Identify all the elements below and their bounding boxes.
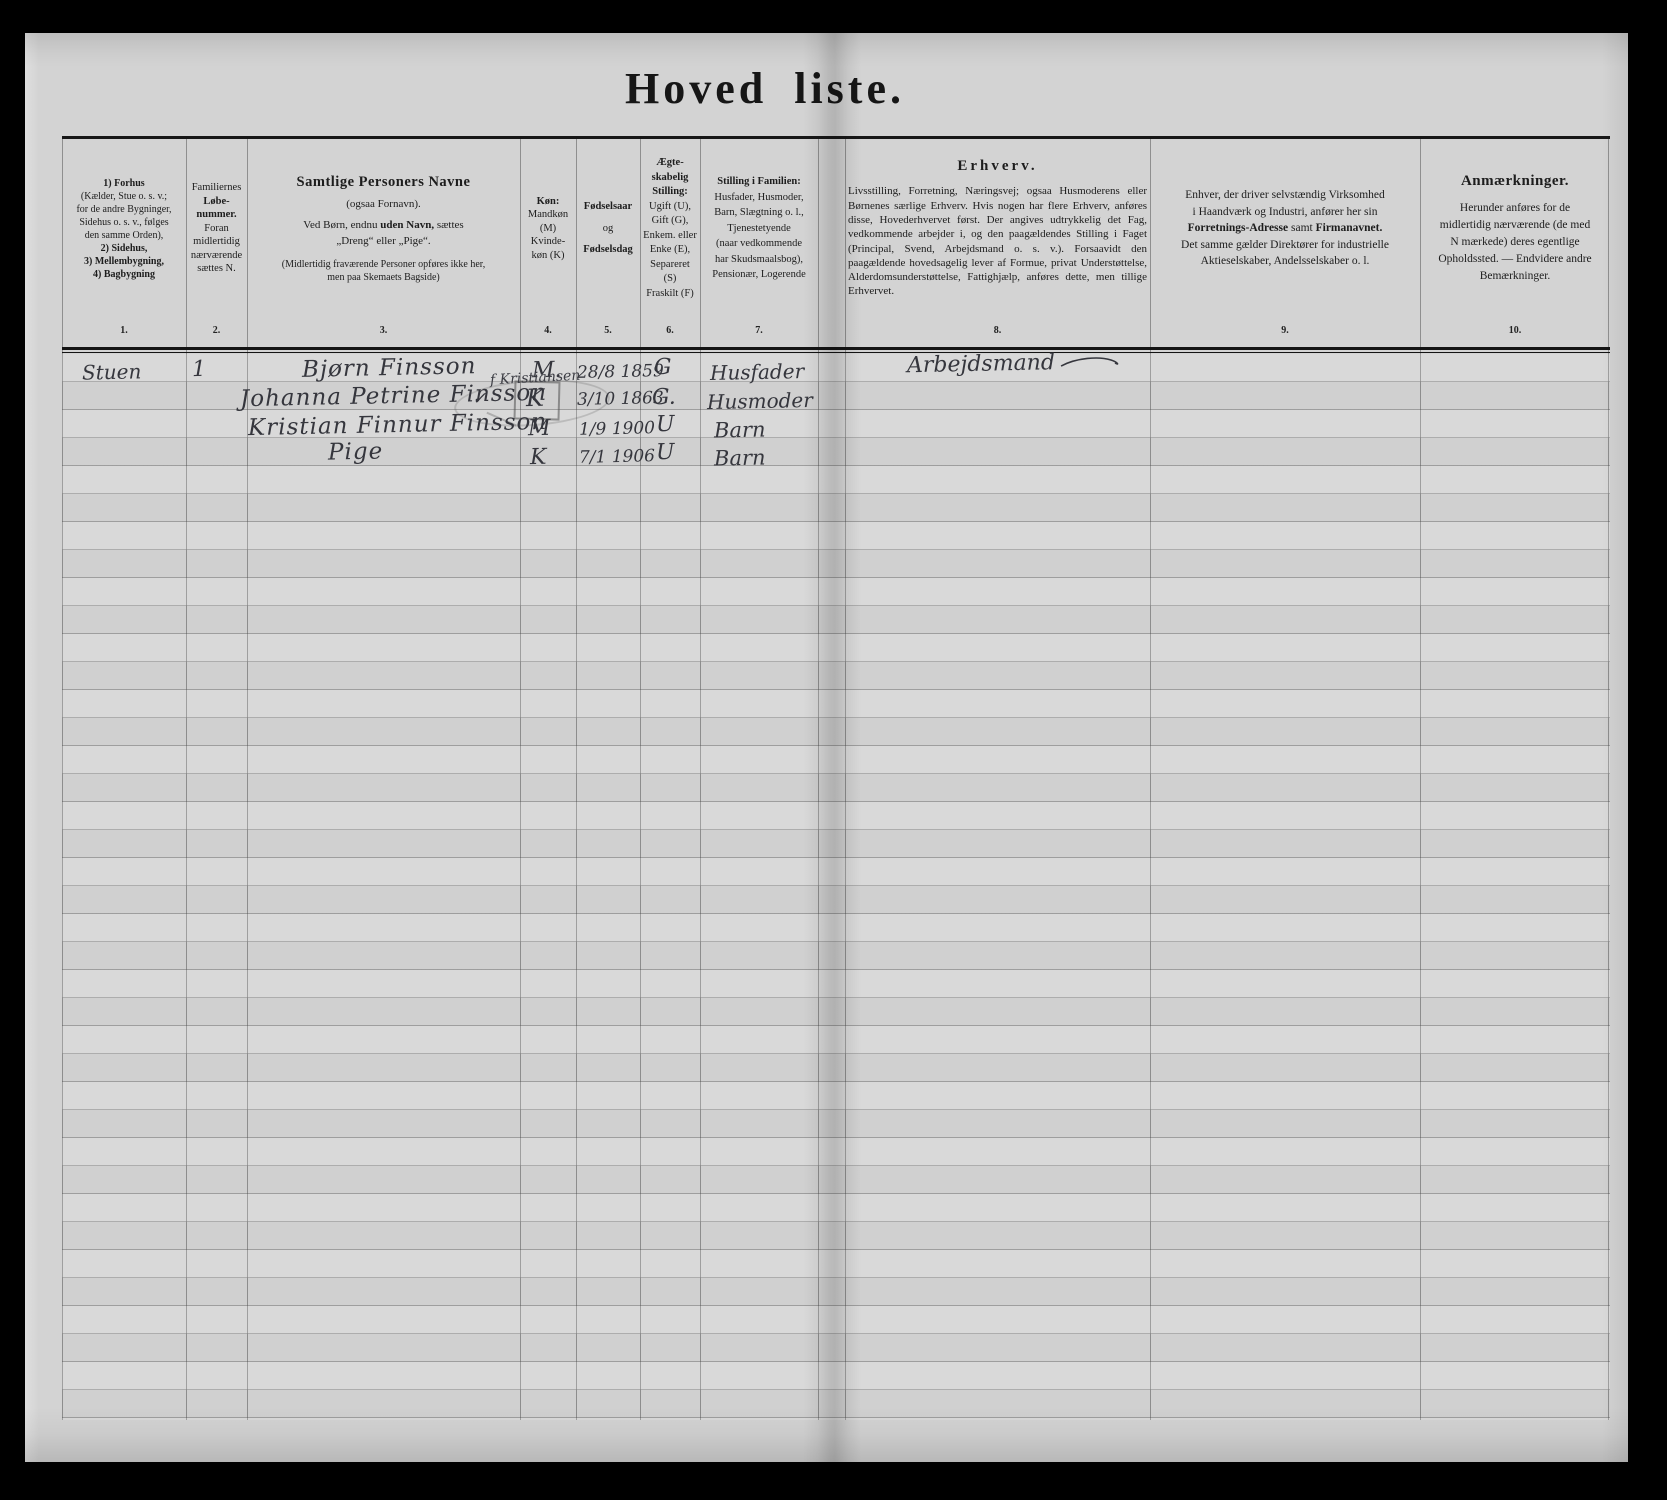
header-erhverv: Erhverv. Livsstilling, Forretning, Nærin… <box>845 139 1150 318</box>
census-table: 1) Forhus (Kælder, Stue o. s. v.; for de… <box>62 136 1610 1420</box>
column-number: 9. <box>1150 318 1420 347</box>
column-number-row: 1. 2. 3. 4. 5. 6. 7. 8. 9. 10. <box>62 318 1610 347</box>
header-aegteskabelig-stilling: Ægte- skabelig Stilling: Ugift (U), Gift… <box>640 139 700 318</box>
column-number: 10. <box>1420 318 1610 347</box>
column-number: 8. <box>845 318 1150 347</box>
header-koen: Køn: Mandkøn (M) Kvinde- køn (K) <box>520 139 576 318</box>
page-title: Hoved liste. <box>365 67 1165 111</box>
header-anmaerkninger: Anmærkninger. Herunder anføres for de mi… <box>1420 139 1610 318</box>
column-number: 5. <box>576 318 640 347</box>
header-forretnings-adresse: Enhver, der driver selvstændig Virksomhe… <box>1150 139 1420 318</box>
column-number: 4. <box>520 318 576 347</box>
census-form-page: Hoved liste. 1) Forhus (Kælder, Stue o. … <box>25 33 1628 1462</box>
column-number: 3. <box>247 318 520 347</box>
column-number: 1. <box>62 318 186 347</box>
header-foedselsaar: Fødselsaar og Fødselsdag <box>576 139 640 318</box>
column-number: 7. <box>700 318 818 347</box>
header-loebenummer: Familiernes Løbe- nummer. Foran midlerti… <box>186 139 247 318</box>
column-number: 2. <box>186 318 247 347</box>
ruled-rows-area <box>62 354 1610 1420</box>
header-navne: Samtlige Personers Navne (ogsaa Fornavn)… <box>247 139 520 318</box>
header-stilling-i-familien: Stilling i Familien: Husfader, Husmoder,… <box>700 139 818 318</box>
column-number: 6. <box>640 318 700 347</box>
header-forhus: 1) Forhus (Kælder, Stue o. s. v.; for de… <box>62 139 186 318</box>
header-double-rule <box>62 347 1610 353</box>
column-headers: 1) Forhus (Kælder, Stue o. s. v.; for de… <box>62 139 1610 318</box>
